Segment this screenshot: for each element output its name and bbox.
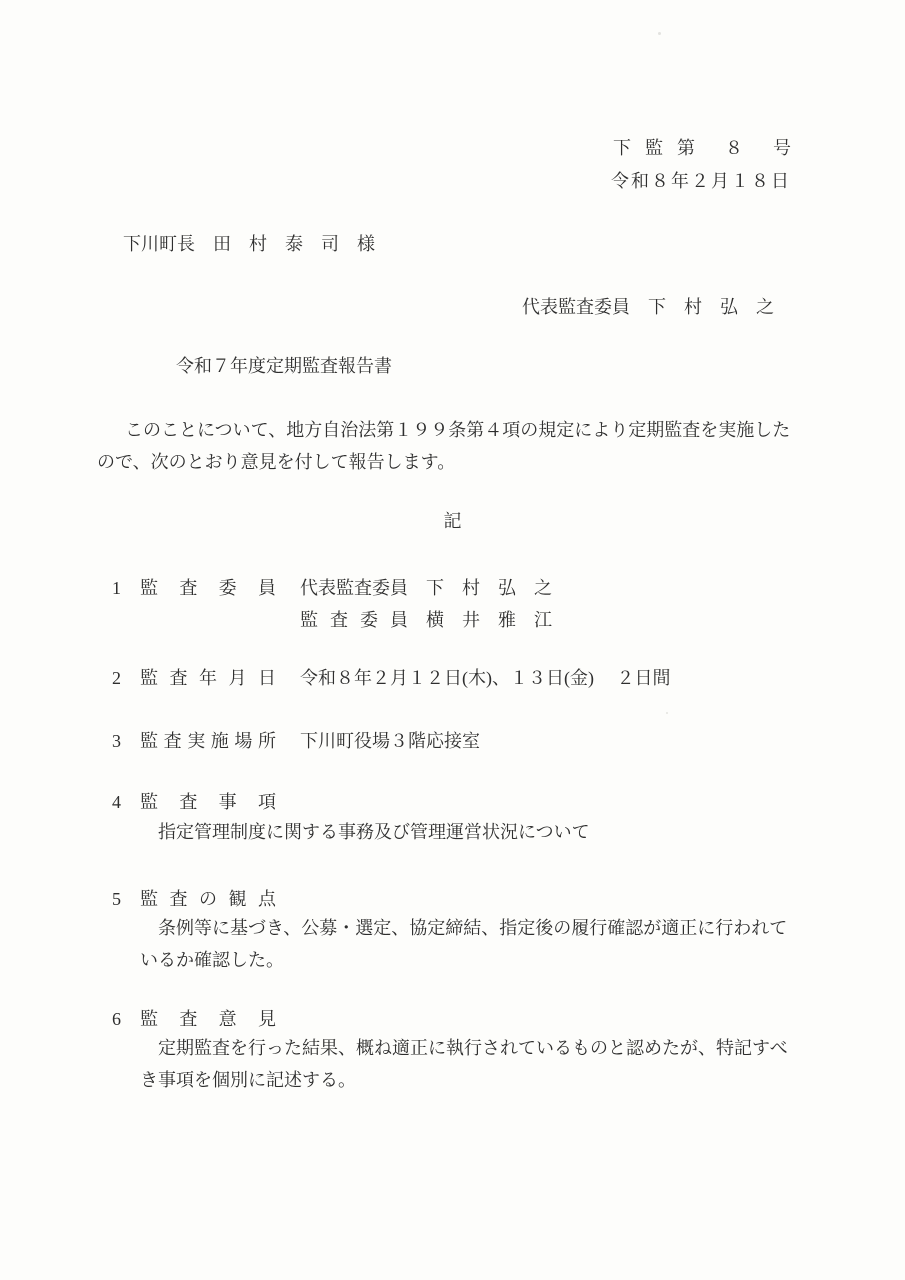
item-number: 4: [112, 792, 140, 813]
item-1-member-2: 監査委員 横 井 雅 江: [300, 610, 552, 631]
item-number: 5: [112, 889, 140, 910]
member-role: 監査委員: [300, 610, 408, 631]
item-5-content-line-2: いるか確認した。: [140, 950, 284, 971]
item-1-member-1: 代表監査委員 下 村 弘 之: [300, 578, 552, 598]
item-label: 監査実施場所: [140, 731, 276, 752]
item-row-5: 5監査の観点: [112, 889, 276, 910]
item-number: 1: [112, 578, 140, 599]
member-name: 横 井 雅 江: [408, 610, 552, 630]
sender-line: 代表監査委員 下 村 弘 之: [522, 297, 774, 318]
doc-date-line: 令和８年２月１８日: [611, 171, 791, 192]
scan-speck: [658, 32, 661, 35]
item-5-content-line-1: 条例等に基づき、公募・選定、協定締結、指定後の履行確認が適正に行われて: [158, 918, 787, 939]
item-6-content-line-1: 定期監査を行った結果、概ね適正に執行されているものと認めたが、特記すべ: [158, 1038, 788, 1059]
item-number: 2: [112, 668, 140, 689]
item-value: 令和８年２月１２日(木)、１３日(金) ２日間: [300, 668, 670, 688]
item-label: 監査事項: [140, 792, 276, 813]
item-6-content-line-2: き事項を個別に記述する。: [140, 1070, 356, 1091]
item-row-2: 2監査年月日令和８年２月１２日(木)、１３日(金) ２日間: [112, 668, 670, 689]
item-number: 3: [112, 731, 140, 752]
sender-name: 下 村 弘 之: [630, 297, 774, 317]
scan-speck: [666, 712, 668, 714]
item-row-1: 1監査委員代表監査委員 下 村 弘 之: [112, 578, 552, 599]
item-4-content-line-1: 指定管理制度に関する事務及び管理運営状況について: [158, 822, 590, 843]
item-row-4: 4監査事項: [112, 792, 276, 813]
item-label: 監査意見: [140, 1009, 276, 1030]
intro-line-1: このことについて、地方自治法第１９９条第４項の規定により定期監査を実施した: [125, 420, 790, 441]
addressee-line: 下川町長 田 村 泰 司 様: [123, 234, 375, 255]
item-number: 6: [112, 1009, 140, 1030]
member-name: 下 村 弘 之: [408, 578, 552, 598]
item-row-6: 6監査意見: [112, 1009, 276, 1030]
sender-role: 代表監査委員: [522, 297, 630, 317]
item-row-3: 3監査実施場所下川町役場３階応接室: [112, 731, 480, 752]
report-title: 令和７年度定期監査報告書: [176, 356, 392, 377]
item-value: 下川町役場３階応接室: [300, 731, 480, 751]
doc-number-line: 下 監 第 ８ 号: [613, 138, 789, 159]
item-label: 監査委員: [140, 578, 276, 599]
intro-line-2: ので、次のとおり意見を付して報告します。: [97, 452, 455, 473]
member-role: 代表監査委員: [300, 578, 408, 599]
item-label: 監査の観点: [140, 889, 276, 910]
list-marker-ki: 記: [0, 511, 905, 532]
audit-report-page: 下 監 第 ８ 号 令和８年２月１８日 下川町長 田 村 泰 司 様 代表監査委…: [0, 0, 905, 1280]
item-label: 監査年月日: [140, 668, 276, 689]
